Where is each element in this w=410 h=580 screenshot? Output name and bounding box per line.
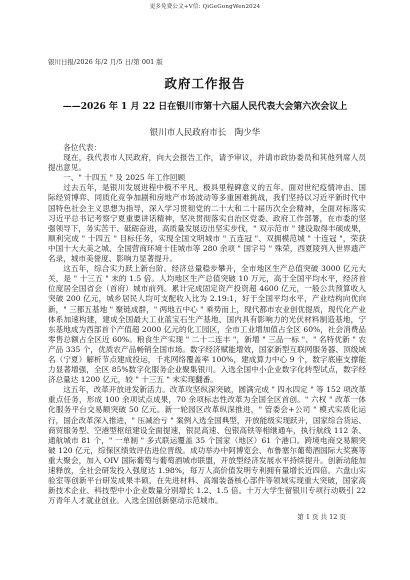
paragraph-salutation: 各位代表： <box>48 143 366 153</box>
watermark-text: 更多免费公文+V信: QiGeGongWen2024 <box>0 2 410 10</box>
paragraph-reform-opening: 这五年，改革开放迸发新活力。改革攻坚纵深突破，圆满完成 " 四水四定 " 等 1… <box>48 385 366 506</box>
paragraph-comprehensive-strength: 这五年，综合实力跃上新台阶。经济总量稳步攀升，全市地区生产总值突破 3000 亿… <box>48 264 366 385</box>
paragraph-five-years-overview: 过去五年，是银川发展进程中极不平凡、极具里程碑意义的五年。面对世纪疫情冲击、国际… <box>48 183 366 264</box>
report-subtitle: ——2026 年 1 月 22 日在银川市第十六届人民代表大会第六次会议上 <box>0 99 410 112</box>
byline-author: 银川市人民政府市长 陶少华 <box>0 126 410 138</box>
masthead-dateline: 银川日报/2026 年/2 月/5 日/第 001 版 <box>48 57 163 66</box>
section-heading-review: 一、" 十四五 " 及 2025 年工作回顾 <box>48 173 366 183</box>
page-title: 政府工作报告 <box>0 74 410 92</box>
document-page: 更多免费公文+V信: QiGeGongWen2024 银川日报/2026 年/2… <box>0 0 410 580</box>
page-number: 第 1 页 共 12 页 <box>297 512 346 521</box>
report-body: 各位代表： 现在，我代表市人民政府，向大会报告工作，请予审议，并请市政协委员和其… <box>48 143 366 506</box>
paragraph-intro: 现在，我代表市人民政府，向大会报告工作，请予审议，并请市政协委员和其他列席人员提… <box>48 153 366 173</box>
